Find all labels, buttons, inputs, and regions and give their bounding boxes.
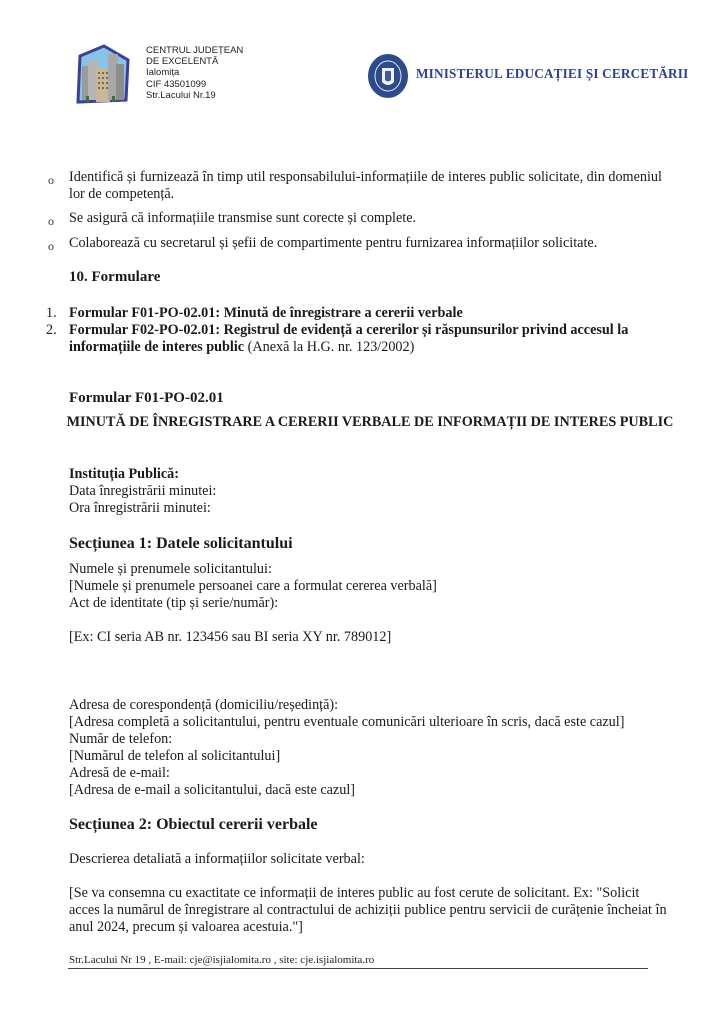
phone-placeholder: [Numărul de telefon al solicitantului] xyxy=(69,748,280,765)
section-heading: 10. Formulare xyxy=(69,269,160,286)
responsibility-item: Identifică și furnizează în timp util re… xyxy=(69,169,719,203)
bullet-icon: o xyxy=(48,238,54,255)
id-placeholder: [Ex: CI seria AB nr. 123456 sau BI seria… xyxy=(69,629,391,646)
name-label: Numele și prenumele solicitantului: xyxy=(69,561,272,578)
bullet-icon: o xyxy=(48,172,54,189)
form-list-item: Formular F01-PO-02.01: Minută de înregis… xyxy=(69,305,463,322)
description-line: acces la numărul de înregistrare al cont… xyxy=(69,902,667,919)
time-label: Ora înregistrării minutei: xyxy=(69,500,211,517)
org-line: CIF 43501099 xyxy=(146,79,243,90)
org-line: Ialomița xyxy=(146,67,243,78)
form-title: MINUTĂ DE ÎNREGISTRARE A CERERII VERBALE… xyxy=(60,414,680,431)
org-line: DE EXCELENTĂ xyxy=(146,56,243,67)
address-placeholder: [Adresa completă a solicitantului, pentr… xyxy=(69,714,624,731)
footer-contact: Str.Lacului Nr 19 , E-mail: cje@isjialom… xyxy=(69,954,374,966)
id-label: Act de identitate (tip și serie/număr): xyxy=(69,595,278,612)
description-line: [Se va consemna cu exactitate ce informa… xyxy=(69,885,667,902)
email-label: Adresă de e-mail: xyxy=(69,765,170,782)
city-buildings-logo-icon xyxy=(72,44,132,110)
address-label: Adresa de corespondență (domiciliu/reșed… xyxy=(69,697,338,714)
responsibility-text: Identifică și furnizează în timp util re… xyxy=(69,169,719,186)
section2-heading: Secțiunea 2: Obiectul cererii verbale xyxy=(69,816,318,833)
description-line: anul 2024, precum și valoarea acestuia."… xyxy=(69,919,667,936)
responsibility-text: lor de competență. xyxy=(69,186,719,203)
description-placeholder: [Se va consemna cu exactitate ce informa… xyxy=(69,885,667,936)
description-label: Descrierea detaliată a informațiilor sol… xyxy=(69,851,365,868)
org-line: CENTRUL JUDEȚEAN xyxy=(146,45,243,56)
ministry-name: MINISTERUL EDUCAȚIEI ȘI CERCETĂRII xyxy=(416,66,688,82)
footer-divider xyxy=(68,968,648,969)
date-label: Data înregistrării minutei: xyxy=(69,483,216,500)
form-list-item-title: informațiile de interes public xyxy=(69,339,244,355)
org-line: Str.Lacului Nr.19 xyxy=(146,90,243,101)
form-list-item-title: Formular F01-PO-02.01: Minută de înregis… xyxy=(69,305,463,321)
form-list-item-note: (Anexă la H.G. nr. 123/2002) xyxy=(244,339,414,355)
name-placeholder: [Numele și prenumele persoanei care a fo… xyxy=(69,578,437,595)
phone-label: Număr de telefon: xyxy=(69,731,172,748)
romanian-coat-of-arms-seal-icon xyxy=(366,52,410,100)
responsibility-item: Se asigură că informațiile transmise sun… xyxy=(69,210,719,227)
organization-address-block: CENTRUL JUDEȚEAN DE EXCELENTĂ Ialomița C… xyxy=(146,45,243,101)
section1-heading: Secțiunea 1: Datele solicitantului xyxy=(69,535,293,552)
bullet-icon: o xyxy=(48,213,54,230)
email-placeholder: [Adresa de e-mail a solicitantului, dacă… xyxy=(69,782,355,799)
form-list-item-title: Formular F02-PO-02.01: Registrul de evid… xyxy=(69,322,628,338)
list-number: 2. xyxy=(46,322,57,339)
form-list-item: Formular F02-PO-02.01: Registrul de evid… xyxy=(69,322,628,356)
form-code: Formular F01-PO-02.01 xyxy=(69,390,224,407)
institution-label: Instituția Publică: xyxy=(69,466,179,483)
responsibility-item: Colaborează cu secretarul și șefii de co… xyxy=(69,235,719,252)
list-number: 1. xyxy=(46,305,57,322)
